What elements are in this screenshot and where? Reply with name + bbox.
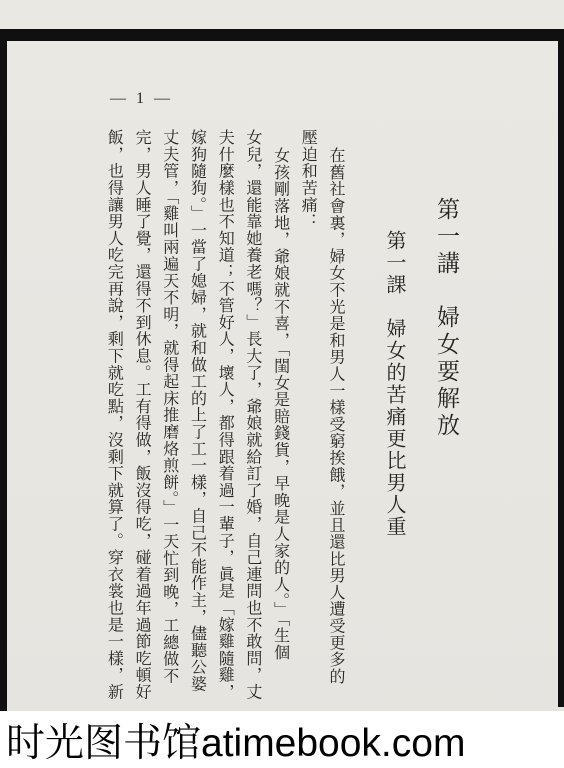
text-column: 丈夫管，「雞叫兩遍天不明，就得起床推磨烙煎餅。」一天忙到晚，工總做不: [155, 129, 183, 713]
scan-edge-right: [558, 31, 564, 707]
text-column: 嫁狗隨狗。」一當了媳婦，就和做工的上了工一樣，自己不能作主，儘聽公婆: [183, 129, 211, 713]
lecture-title: 第一講 婦女要解放: [430, 197, 463, 440]
text-column: 女孩剛落地，爺娘就不喜，「閨女是賠錢貨，早晚是人家的人。」「生個: [266, 129, 294, 713]
body-text: 在舊社會裏，婦女不光是和男人一樣受窮挨餓，並且還比男人遭受更多的 壓迫和苦痛： …: [99, 129, 349, 713]
scanned-book-page: — 1 — 第一講 婦女要解放 第一課 婦女的苦痛更比男人重 在舊社會裏，婦女不…: [0, 0, 564, 768]
text-column: 女兒，還能靠她養老嗎？」長大了，爺娘就給訂了婚，自己連問也不敢問，丈: [238, 129, 266, 713]
page-number: — 1 —: [110, 90, 173, 108]
text-column: 夫什麼樣也不知道；不管好人，壞人，都得跟着過一輩子，眞是「嫁雞隨雞，: [210, 129, 238, 713]
text-column: 飯，也得讓男人吃完再說，剩下就吃點，沒剩下就算了。穿衣裳也是一樣，新: [100, 129, 128, 713]
scan-edge-left: [0, 29, 7, 713]
text-column: 完，男人睡了覺，還得不到休息。工有得做，飯沒得吃，碰着過年過節吃頓好: [127, 129, 155, 713]
watermark-text: 时光图书馆atimebook.com: [0, 712, 465, 768]
text-column: 壓迫和苦痛：: [294, 129, 322, 713]
watermark: 时光图书馆atimebook.com: [0, 711, 564, 768]
text-column: 在舊社會裏，婦女不光是和男人一樣受窮挨餓，並且還比男人遭受更多的: [321, 129, 349, 713]
scan-edge-top: [0, 29, 564, 41]
lesson-title: 第一課 婦女的苦痛更比男人重: [380, 230, 409, 538]
